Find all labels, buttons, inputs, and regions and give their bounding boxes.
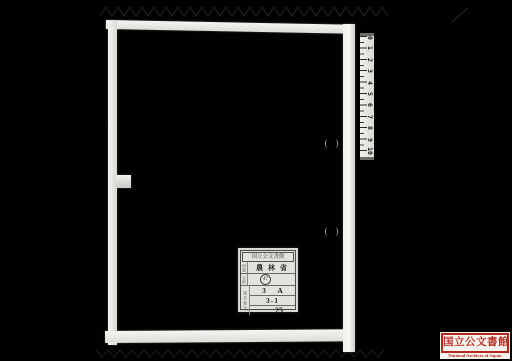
ruler-end-cap — [360, 157, 374, 160]
fastener-icon — [324, 138, 339, 149]
ruler-number: 0 — [366, 34, 374, 42]
ruler-number: 3 — [366, 67, 374, 75]
label-institution: 国立公文書館 — [242, 252, 294, 262]
cover-clasp-tab — [116, 175, 131, 188]
archival-photo-scan: 0 1 2 3 4 5 6 7 8 9 10 国立公文書館 所属 農林省 名称 … — [0, 0, 512, 361]
label-call-section: 請求番号 3 A 3-1 25 — [241, 286, 295, 315]
cover-frame-bottom-edge — [105, 329, 353, 343]
label-owner-row: 所属 農林省 — [241, 262, 295, 274]
cover-frame-right-edge — [343, 24, 355, 352]
ruler-number: 6 — [366, 101, 374, 109]
ruler-number: 5 — [366, 90, 374, 98]
fastener-left-arc — [325, 227, 330, 236]
fastener-icon — [324, 226, 339, 237]
circled-number-stamp: 47 — [260, 274, 271, 285]
zigzag-top-icon — [100, 7, 388, 16]
call-number-row: 3 A — [250, 286, 295, 296]
label-owner-ministry: 農林省 — [248, 263, 295, 273]
stamp-english: National Archives of Japan — [440, 353, 510, 359]
scratch-mark — [452, 8, 468, 22]
call-number-rows: 3 A 3-1 25 — [250, 286, 295, 315]
call-number-caption: 請求番号 — [241, 286, 250, 315]
label-name-caption: 名称 — [241, 274, 248, 285]
fastener-left-arc — [325, 139, 330, 148]
archive-label-inner: 国立公文書館 所属 農林省 名称 47 請求番号 3 A 3-1 25 — [240, 250, 296, 310]
ruler-number: 8 — [366, 124, 374, 132]
label-name-row: 名称 47 — [241, 274, 295, 286]
fastener-right-arc — [333, 227, 338, 236]
ruler-number: 1 — [366, 44, 374, 52]
archive-label: 国立公文書館 所属 農林省 名称 47 請求番号 3 A 3-1 25 — [238, 248, 298, 312]
call-number-row: 25 — [250, 306, 295, 315]
label-owner-caption: 所属 — [241, 262, 248, 273]
call-number-row: 3-1 — [250, 296, 295, 306]
fastener-right-arc — [333, 139, 338, 148]
naj-watermark-stamp: 国立公文書館 National Archives of Japan — [440, 332, 510, 359]
ruler-number: 4 — [366, 79, 374, 87]
measuring-ruler: 0 1 2 3 4 5 6 7 8 9 10 — [360, 34, 374, 158]
zigzag-bottom-icon — [96, 350, 384, 357]
cover-frame-top-edge — [106, 20, 354, 34]
ruler-number: 9 — [366, 136, 374, 144]
stamp-kanji: 国立公文書館 — [441, 333, 509, 353]
ruler-number: 7 — [366, 113, 374, 121]
ruler-number: 2 — [366, 56, 374, 64]
ruler-number: 10 — [366, 147, 374, 155]
